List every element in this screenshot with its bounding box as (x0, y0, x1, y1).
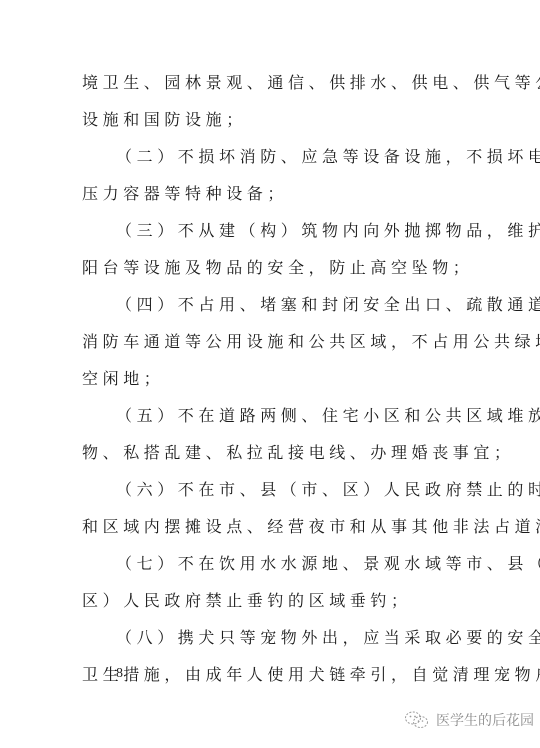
text-line: 和区域内摆摊设点、经营夜市和从事其他非法占道活动； (82, 514, 462, 551)
text-line: 空闲地； (82, 366, 462, 403)
text-line: （六）不在市、县（市、区）人民政府禁止的时段 (82, 477, 462, 514)
document-page: 境卫生、园林景观、通信、供排水、供电、供气等公共 设施和国防设施； （二）不损坏… (0, 0, 540, 748)
text-line: （八）携犬只等宠物外出，应当采取必要的安全和 (82, 625, 462, 662)
text-line: （二）不损坏消防、应急等设备设施，不损坏电梯、 (82, 144, 462, 181)
text-line: 设施和国防设施； (82, 107, 462, 144)
text-line: 卫生措施，由成年人使用犬链牵引，自觉清理宠物户外 (82, 662, 462, 699)
text-line: 消防车通道等公用设施和公共区域，不占用公共绿地和 (82, 329, 462, 366)
text-line: （四）不占用、堵塞和封闭安全出口、疏散通道、 (82, 292, 462, 329)
watermark: 医学生的后花园 (404, 710, 534, 730)
text-line: 境卫生、园林景观、通信、供排水、供电、供气等公共 (82, 70, 462, 107)
body-text: 境卫生、园林景观、通信、供排水、供电、供气等公共 设施和国防设施； （二）不损坏… (82, 70, 462, 699)
page-number: 8 (116, 666, 123, 682)
watermark-text: 医学生的后花园 (436, 710, 534, 730)
text-line: （五）不在道路两侧、住宅小区和公共区域堆放杂 (82, 403, 462, 440)
text-line: 区）人民政府禁止垂钓的区域垂钓； (82, 588, 462, 625)
text-line: （七）不在饮用水水源地、景观水域等市、县（市、 (82, 551, 462, 588)
text-line: 物、私搭乱建、私拉乱接电线、办理婚丧事宜； (82, 440, 462, 477)
text-line: （三）不从建（构）筑物内向外抛掷物品，维护窗台、 (82, 218, 462, 255)
wechat-icon (404, 710, 430, 730)
text-line: 压力容器等特种设备； (82, 181, 462, 218)
text-line: 阳台等设施及物品的安全，防止高空坠物； (82, 255, 462, 292)
